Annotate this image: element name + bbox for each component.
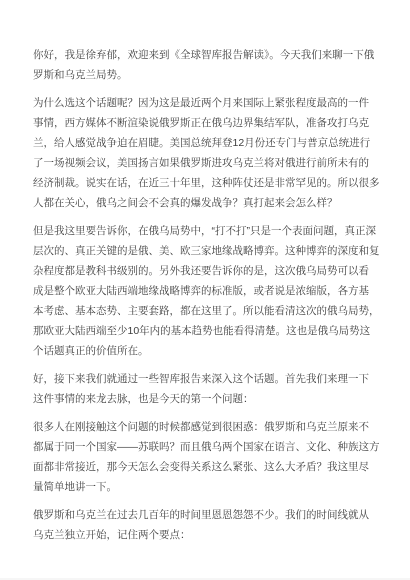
text-line: 但是我这里要告诉你，在俄乌局势中，“打不打”只是一个表面问题，真正深 (33, 221, 377, 241)
article-page: 你好，我是徐弃郁，欢迎来到《全球智库报告解读》。今天我们来聊一下俄罗斯和乌克兰局… (0, 0, 410, 580)
text-line: 成是整个欧亚大陆西端地缘战略博弈的标准版，或者说是浓缩版，各方基 (33, 281, 377, 301)
text-line: 本考虑、基本态势、主要套路，都在这里了。所以能看清这次的俄乌局势， (33, 301, 377, 321)
paragraph-why-topic: 为什么选这个话题呢？因为这是最近两个月来国际上紧张程度最高的一件事情，西方媒体不… (33, 93, 377, 213)
paragraph-transition: 好，接下来我们就通过一些智库报告来深入这个话题。首先我们来理一下这件事情的来龙去… (33, 369, 377, 409)
text-line: 俄罗斯和乌克兰在过去几百年的时间里恩恩怨怨不少。我们的时间线就从 (33, 505, 377, 525)
text-line: 层次的、真正关键的是俄、美、欧三家地缘战略博弈。这种博弈的深度和复 (33, 241, 377, 261)
text-line: 为什么选这个话题呢？因为这是最近两个月来国际上紧张程度最高的一件 (33, 93, 377, 113)
text-line: 你好，我是徐弃郁，欢迎来到《全球智库报告解读》。今天我们来聊一下俄 (33, 45, 377, 65)
text-line: 个话题真正的价值所在。 (33, 341, 377, 361)
text-line: 那欧亚大陆西端至少10年内的基本趋势也能看得清楚。这也是俄乌局势这 (33, 321, 377, 341)
text-line: 都属于同一个国家——苏联吗？而且俄乌两个国家在语言、文化、种族这方 (33, 437, 377, 457)
text-line: 罗斯和乌克兰局势。 (33, 65, 377, 85)
text-line: 好，接下来我们就通过一些智库报告来深入这个话题。首先我们来理一下 (33, 369, 377, 389)
text-line: 面都非常接近，那今天怎么会变得关系这么紧张、这么大矛盾？我这里尽 (33, 457, 377, 477)
text-line: 很多人在刚接触这个问题的时候都感觉到很困惑：俄罗斯和乌克兰原来不 (33, 417, 377, 437)
paragraph-intro: 你好，我是徐弃郁，欢迎来到《全球智库报告解读》。今天我们来聊一下俄罗斯和乌克兰局… (33, 45, 377, 85)
text-line: 兰，给人感觉战争迫在眉睫。美国总统拜登12月份还专门与普京总统进行 (33, 133, 377, 153)
text-line: 量简单地讲一下。 (33, 477, 377, 497)
text-line: 事情，西方媒体不断渲染说俄罗斯正在俄乌边界集结军队，准备攻打乌克 (33, 113, 377, 133)
paragraph-timeline: 俄罗斯和乌克兰在过去几百年的时间里恩恩怨怨不少。我们的时间线就从乌克兰独立开始，… (33, 505, 377, 545)
text-line: 这件事情的来龙去脉，也是今天的第一个问题： (33, 389, 377, 409)
text-line: 了一场视频会议，美国扬言如果俄罗斯进攻乌克兰将对俄进行前所未有的 (33, 153, 377, 173)
paragraph-deeper-issue: 但是我这里要告诉你，在俄乌局势中，“打不打”只是一个表面问题，真正深层次的、真正… (33, 221, 377, 361)
text-line: 乌克兰独立开始，记住两个要点： (33, 525, 377, 545)
paragraph-confusion: 很多人在刚接触这个问题的时候都感觉到很困惑：俄罗斯和乌克兰原来不都属于同一个国家… (33, 417, 377, 497)
text-line: 杂程度都是教科书级别的。另外我还要告诉你的是，这次俄乌局势可以看 (33, 261, 377, 281)
text-line: 经济制裁。说实在话，在近三十年里，这种阵仗还是非常罕见的。所以很多 (33, 173, 377, 193)
text-line: 人都在关心，俄乌之间会不会真的爆发战争？真打起来会怎么样？ (33, 193, 377, 213)
